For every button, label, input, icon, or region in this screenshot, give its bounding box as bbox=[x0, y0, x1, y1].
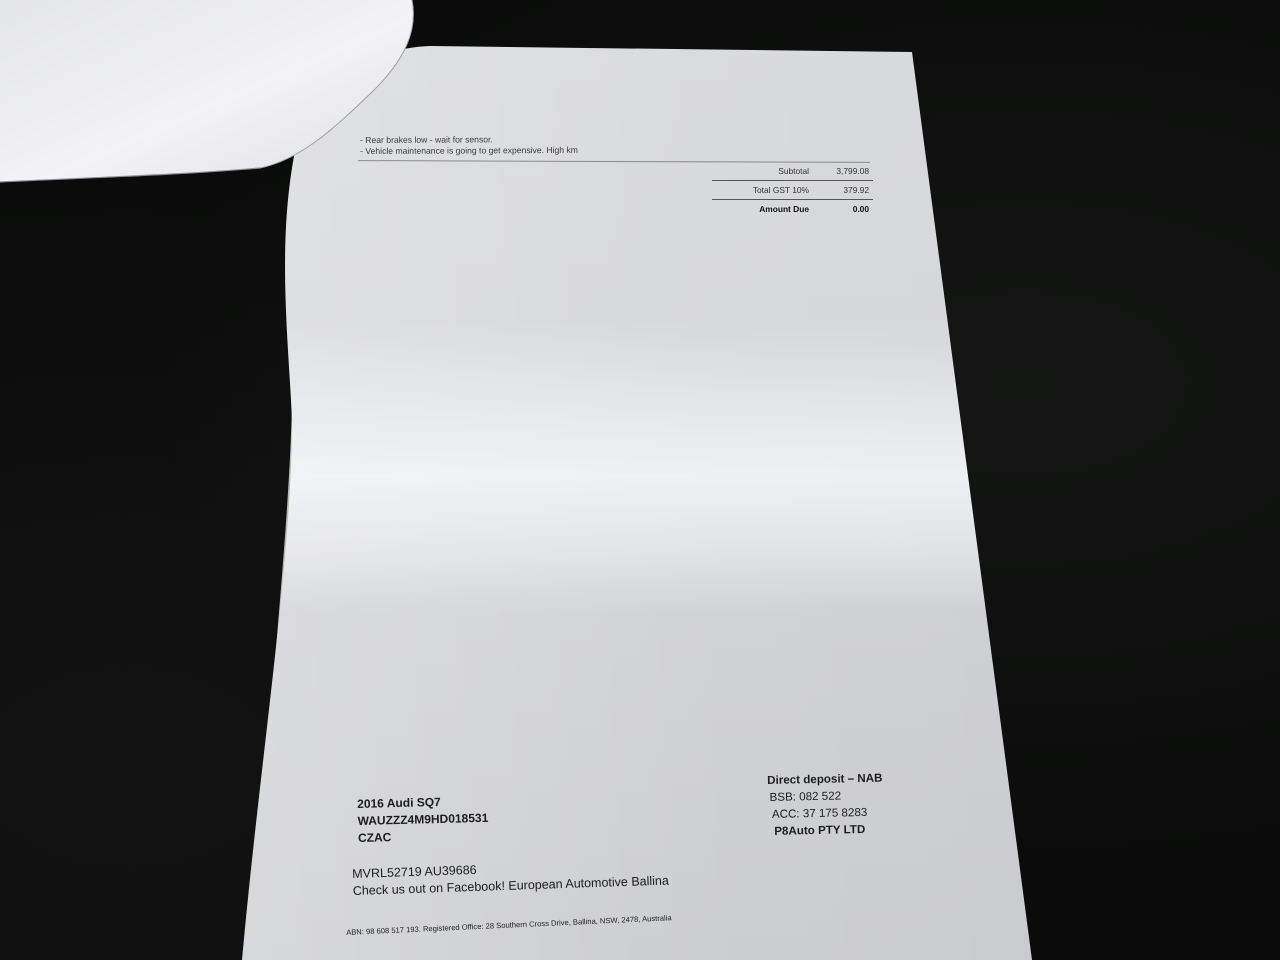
note-line: - Vehicle maintenance is going to get ex… bbox=[360, 145, 578, 157]
amount-due-row: Amount Due 0.00 bbox=[708, 200, 873, 218]
engine-code: CZAC bbox=[358, 827, 489, 847]
gst-row: Total GST 10% 379.92 bbox=[708, 181, 873, 199]
payment-details: Direct deposit – NAB BSB: 082 522 ACC: 3… bbox=[767, 770, 884, 840]
vehicle-vin: WAUZZZ4M9HD018531 bbox=[357, 810, 488, 830]
subtotal-label: Subtotal bbox=[778, 166, 809, 176]
account-number: ACC: 37 175 8283 bbox=[768, 804, 884, 823]
amount-due-label: Amount Due bbox=[759, 204, 809, 214]
vehicle-details: 2016 Audi SQ7 WAUZZZ4M9HD018531 CZAC bbox=[357, 793, 489, 847]
payment-heading: Direct deposit – NAB bbox=[767, 770, 883, 789]
service-notes: - Rear brakes low - wait for sensor. - V… bbox=[360, 134, 578, 157]
gst-label: Total GST 10% bbox=[753, 185, 809, 195]
amount-due-value: 0.00 bbox=[823, 204, 869, 214]
gst-value: 379.92 bbox=[823, 185, 869, 195]
subtotal-row: Subtotal 3,799.08 bbox=[708, 162, 873, 180]
paper-sheets bbox=[0, 0, 1280, 960]
totals-table: Subtotal 3,799.08 Total GST 10% 379.92 A… bbox=[708, 162, 873, 218]
account-name: P8Auto PTY LTD bbox=[768, 821, 884, 840]
subtotal-value: 3,799.08 bbox=[823, 166, 869, 176]
